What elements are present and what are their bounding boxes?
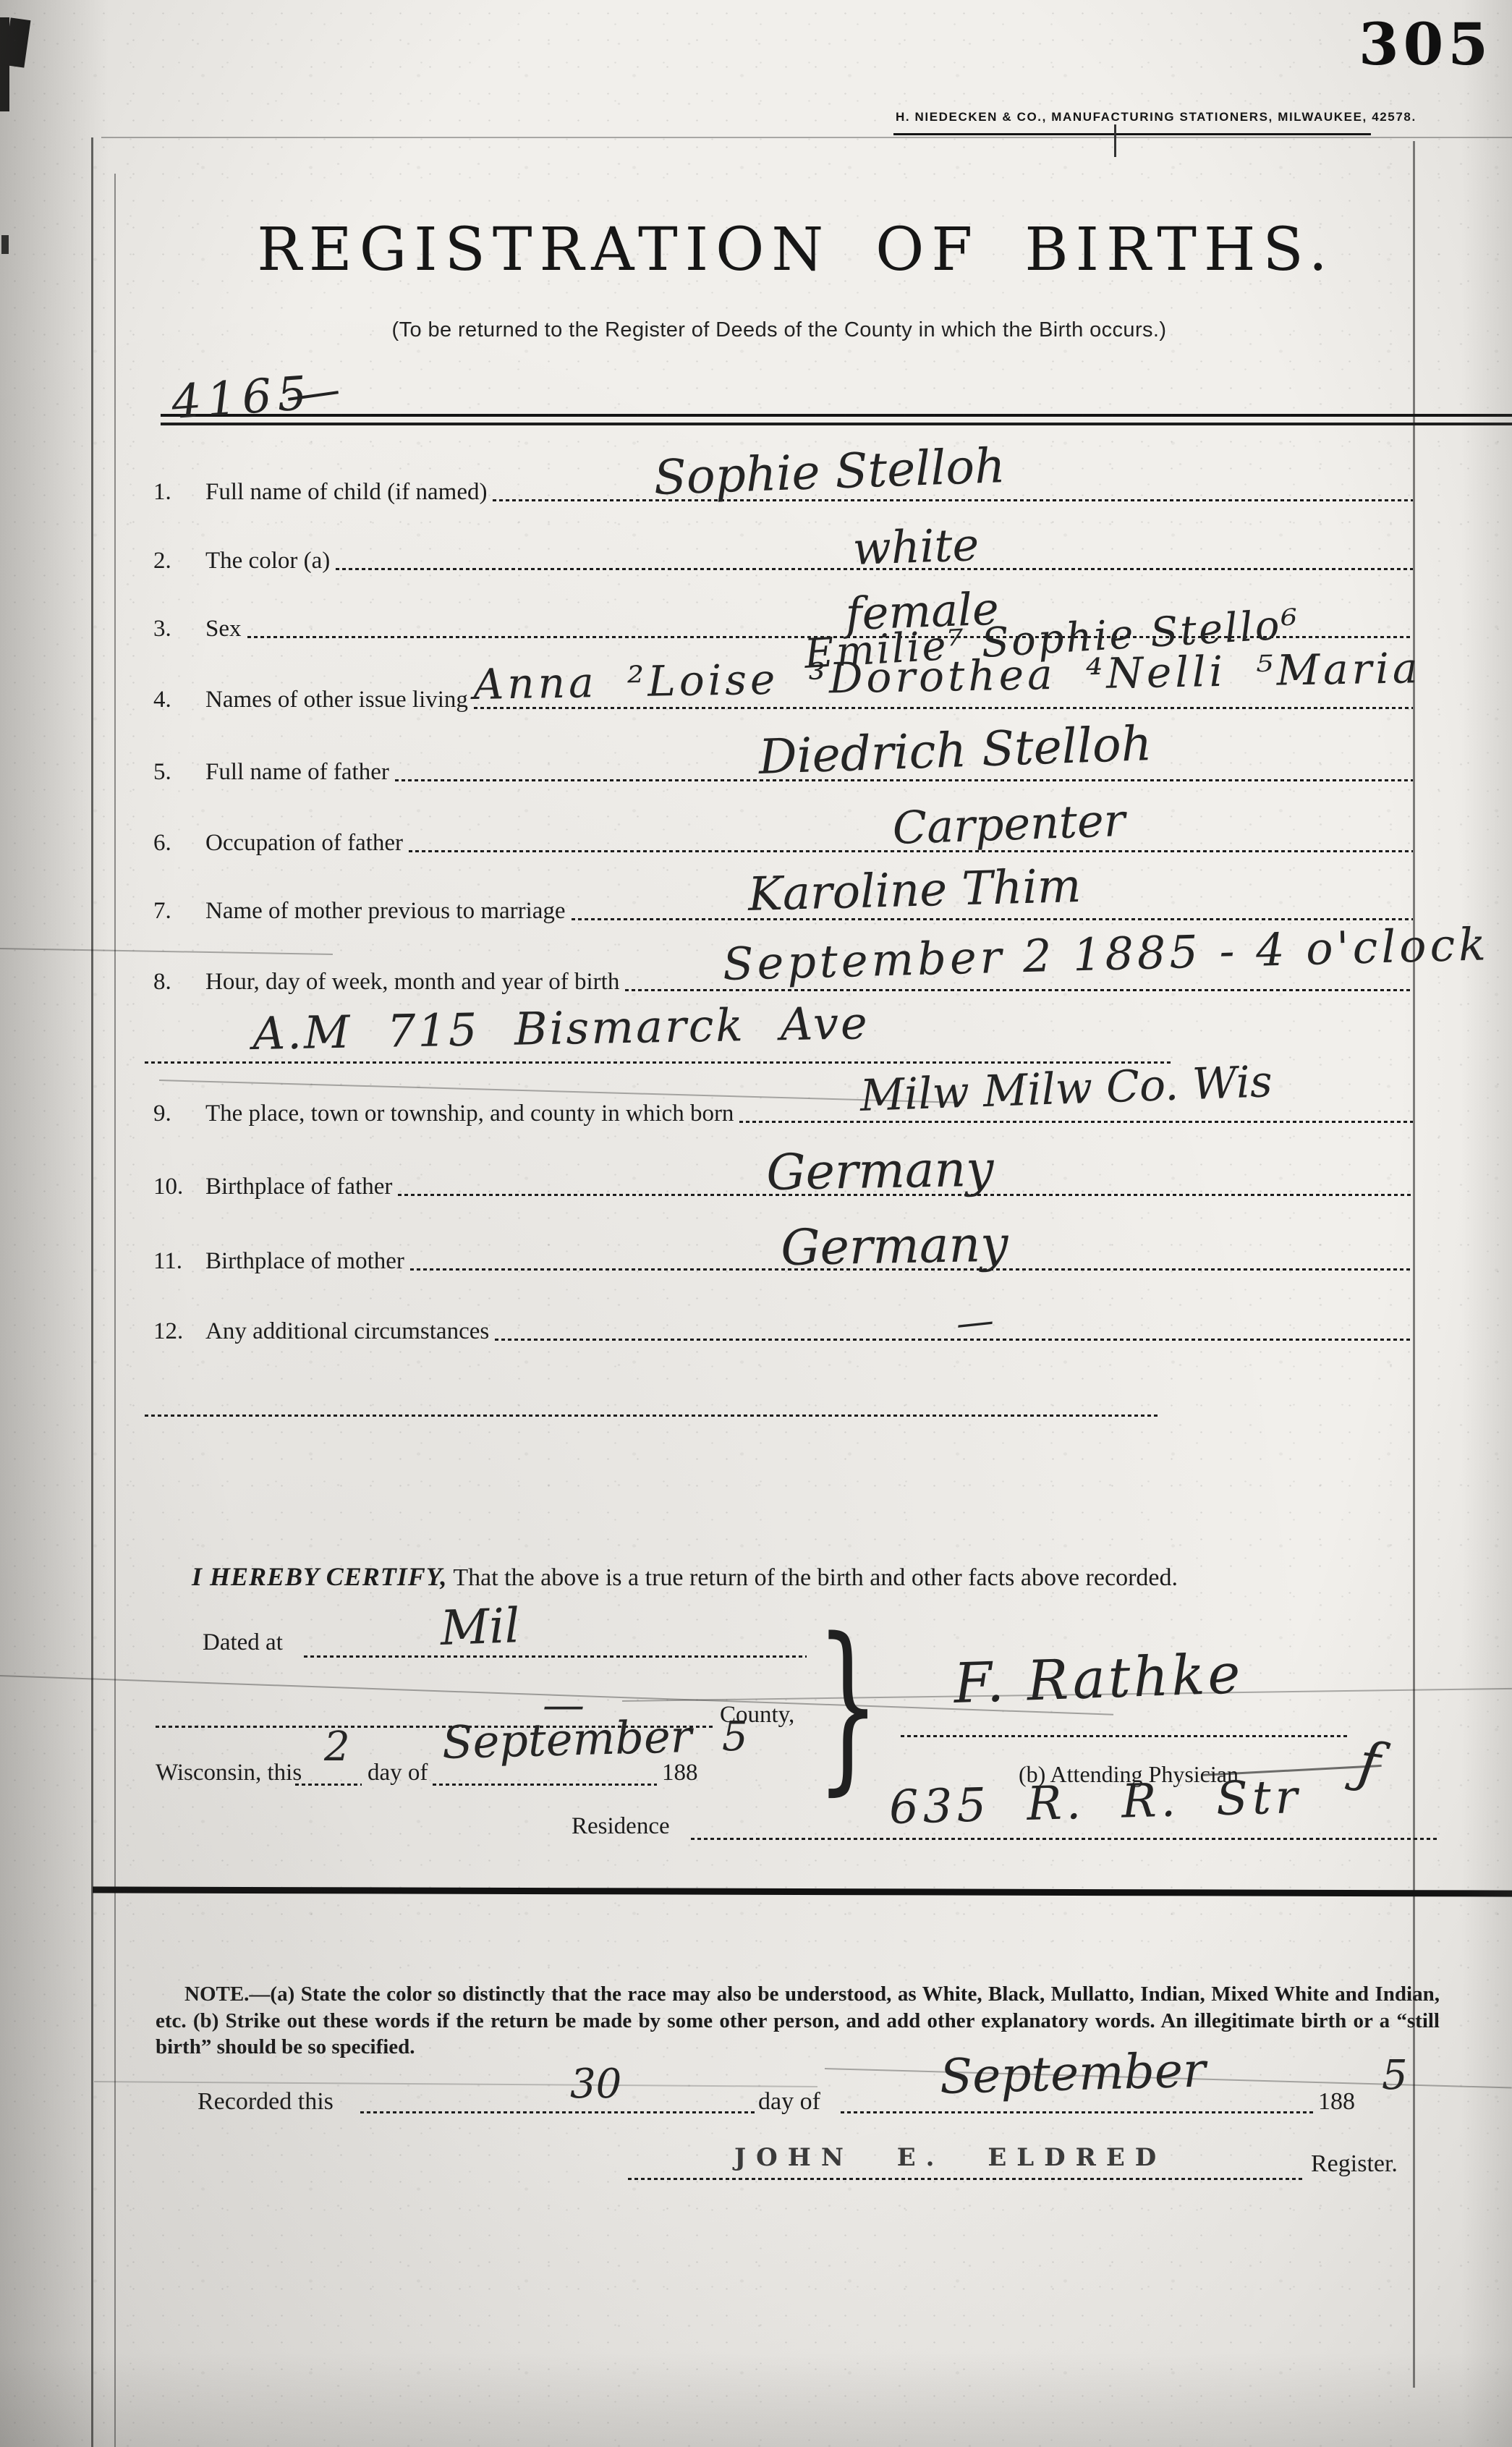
footnote-text: NOTE.—(a) State the color so distinctly … [156,1981,1440,2061]
field-label: Birthplace of mother [205,1248,410,1275]
handwriting-recorded-day: 30 [570,2061,621,2108]
field-number: 2. [153,548,205,574]
dotted-rule [495,1339,1413,1341]
field-row-father-occupation: 6. Occupation of father [153,823,1413,857]
grouping-brace: } [816,1615,880,1797]
continuation-rule [145,1061,1172,1064]
handwriting-year-digit: 5 [722,1713,748,1760]
handwriting-birth-datetime-continuation: A.M 715 Bismarck Ave [252,996,870,1060]
handwriting-dated-at: Mil [439,1598,520,1656]
birth-registration-document: 305 H. NIEDECKEN & CO., MANUFACTURING ST… [0,0,1512,2447]
blank-rule [145,1415,1158,1417]
recorded-day-of-label: day of [758,2088,820,2116]
certify-rest: That the above is a true return of the b… [447,1564,1178,1591]
form-title: REGISTRATION OF BIRTHS. [0,216,1512,284]
recorded-day-rule [360,2111,755,2113]
wisconsin-label: Wisconsin, this [156,1760,302,1786]
handwriting-recorded-year-digit: 5 [1382,2052,1408,2099]
right-margin-rule [1413,141,1415,2388]
scratch-line [0,948,333,955]
field-number: 6. [153,830,205,857]
year-printed: 188 [662,1760,698,1786]
dotted-rule [474,707,1413,709]
field-label: Names of other issue living [205,687,474,713]
recorded-label: Recorded this [198,2088,334,2116]
field-label: Sex [205,616,247,643]
page-number: 305 [1359,10,1492,78]
handwriting-color: white [851,518,980,575]
residence-rule [691,1838,1440,1840]
dotted-rule [493,499,1413,501]
field-row-color: 2. The color (a) [153,541,1413,574]
handwriting-day: 2 [324,1723,350,1770]
form-subtitle: (To be returned to the Register of Deeds… [0,318,1512,342]
dotted-rule [739,1121,1413,1123]
handwriting-additional-dash: — [954,1299,996,1346]
handwriting-recorded-month: September [939,2042,1206,2105]
left-margin-rule [91,137,93,2447]
field-label: Name of mother previous to marriage [205,898,572,925]
field-number: 7. [153,898,205,925]
header-rule-bottom [161,423,1512,425]
handwriting-father-occupation: Carpenter [891,794,1126,854]
field-number: 4. [153,687,205,713]
register-stamped-name: JOHN E. ELDRED [734,2143,1166,2172]
field-number: 11. [153,1248,205,1275]
field-number: 9. [153,1100,205,1127]
handwriting-physician-mark: ƒ [1354,1730,1384,1797]
field-label: Hour, day of week, month and year of bir… [205,969,625,996]
certify-statement: I HEREBY CERTIFY, That the above is a tr… [192,1561,1178,1592]
handwriting-residence: 635 R. R. Str [888,1770,1302,1835]
field-label: Full name of child (if named) [205,479,493,506]
field-row-additional: 12. Any additional circumstances [153,1312,1413,1345]
day-rule [295,1784,362,1786]
dated-at-rule [304,1655,807,1658]
dotted-rule [572,918,1413,920]
field-label: The place, town or township, and county … [205,1100,739,1127]
stationer-underline [893,133,1371,135]
top-hairline [101,137,1512,138]
field-label: Birthplace of father [205,1174,398,1200]
faint-hairline [94,2081,817,2087]
section-divider-rule [93,1886,1512,1896]
registration-tick-mark [1114,124,1116,157]
handwriting-mother-birthplace: Germany [781,1216,1009,1277]
stationer-imprint: H. NIEDECKEN & CO., MANUFACTURING STATIO… [896,110,1417,124]
field-number: 3. [153,616,205,643]
left-margin-rule-inner [114,174,116,2447]
field-label: The color (a) [205,548,336,574]
field-number: 10. [153,1174,205,1200]
day-of-label: day of [368,1760,428,1786]
handwriting-father-birthplace: Germany [766,1141,995,1202]
field-number: 5. [153,759,205,786]
register-label: Register. [1311,2150,1398,2178]
field-label: Full name of father [205,759,395,786]
register-rule [628,2178,1304,2180]
residence-label: Residence [572,1813,670,1840]
handwriting-mother-name: Karoline Thim [747,860,1082,922]
month-rule [433,1784,657,1786]
signature-rule [901,1735,1349,1737]
field-label: Any additional circumstances [205,1318,495,1345]
handwritten-record-number: 4165 [170,367,315,430]
physician-signature: F. Rathke [953,1641,1244,1716]
header-rule-top [161,414,1512,417]
field-number: 8. [153,969,205,996]
dated-at-label: Dated at [203,1629,283,1656]
scan-speck [1,235,9,254]
field-number: 1. [153,479,205,506]
field-label: Occupation of father [205,830,409,857]
handwriting-month: September [441,1710,692,1769]
recorded-year-printed: 188 [1318,2088,1355,2116]
recorded-month-rule [841,2111,1314,2113]
certify-lead: I HEREBY CERTIFY, [192,1562,447,1591]
field-number: 12. [153,1318,205,1345]
